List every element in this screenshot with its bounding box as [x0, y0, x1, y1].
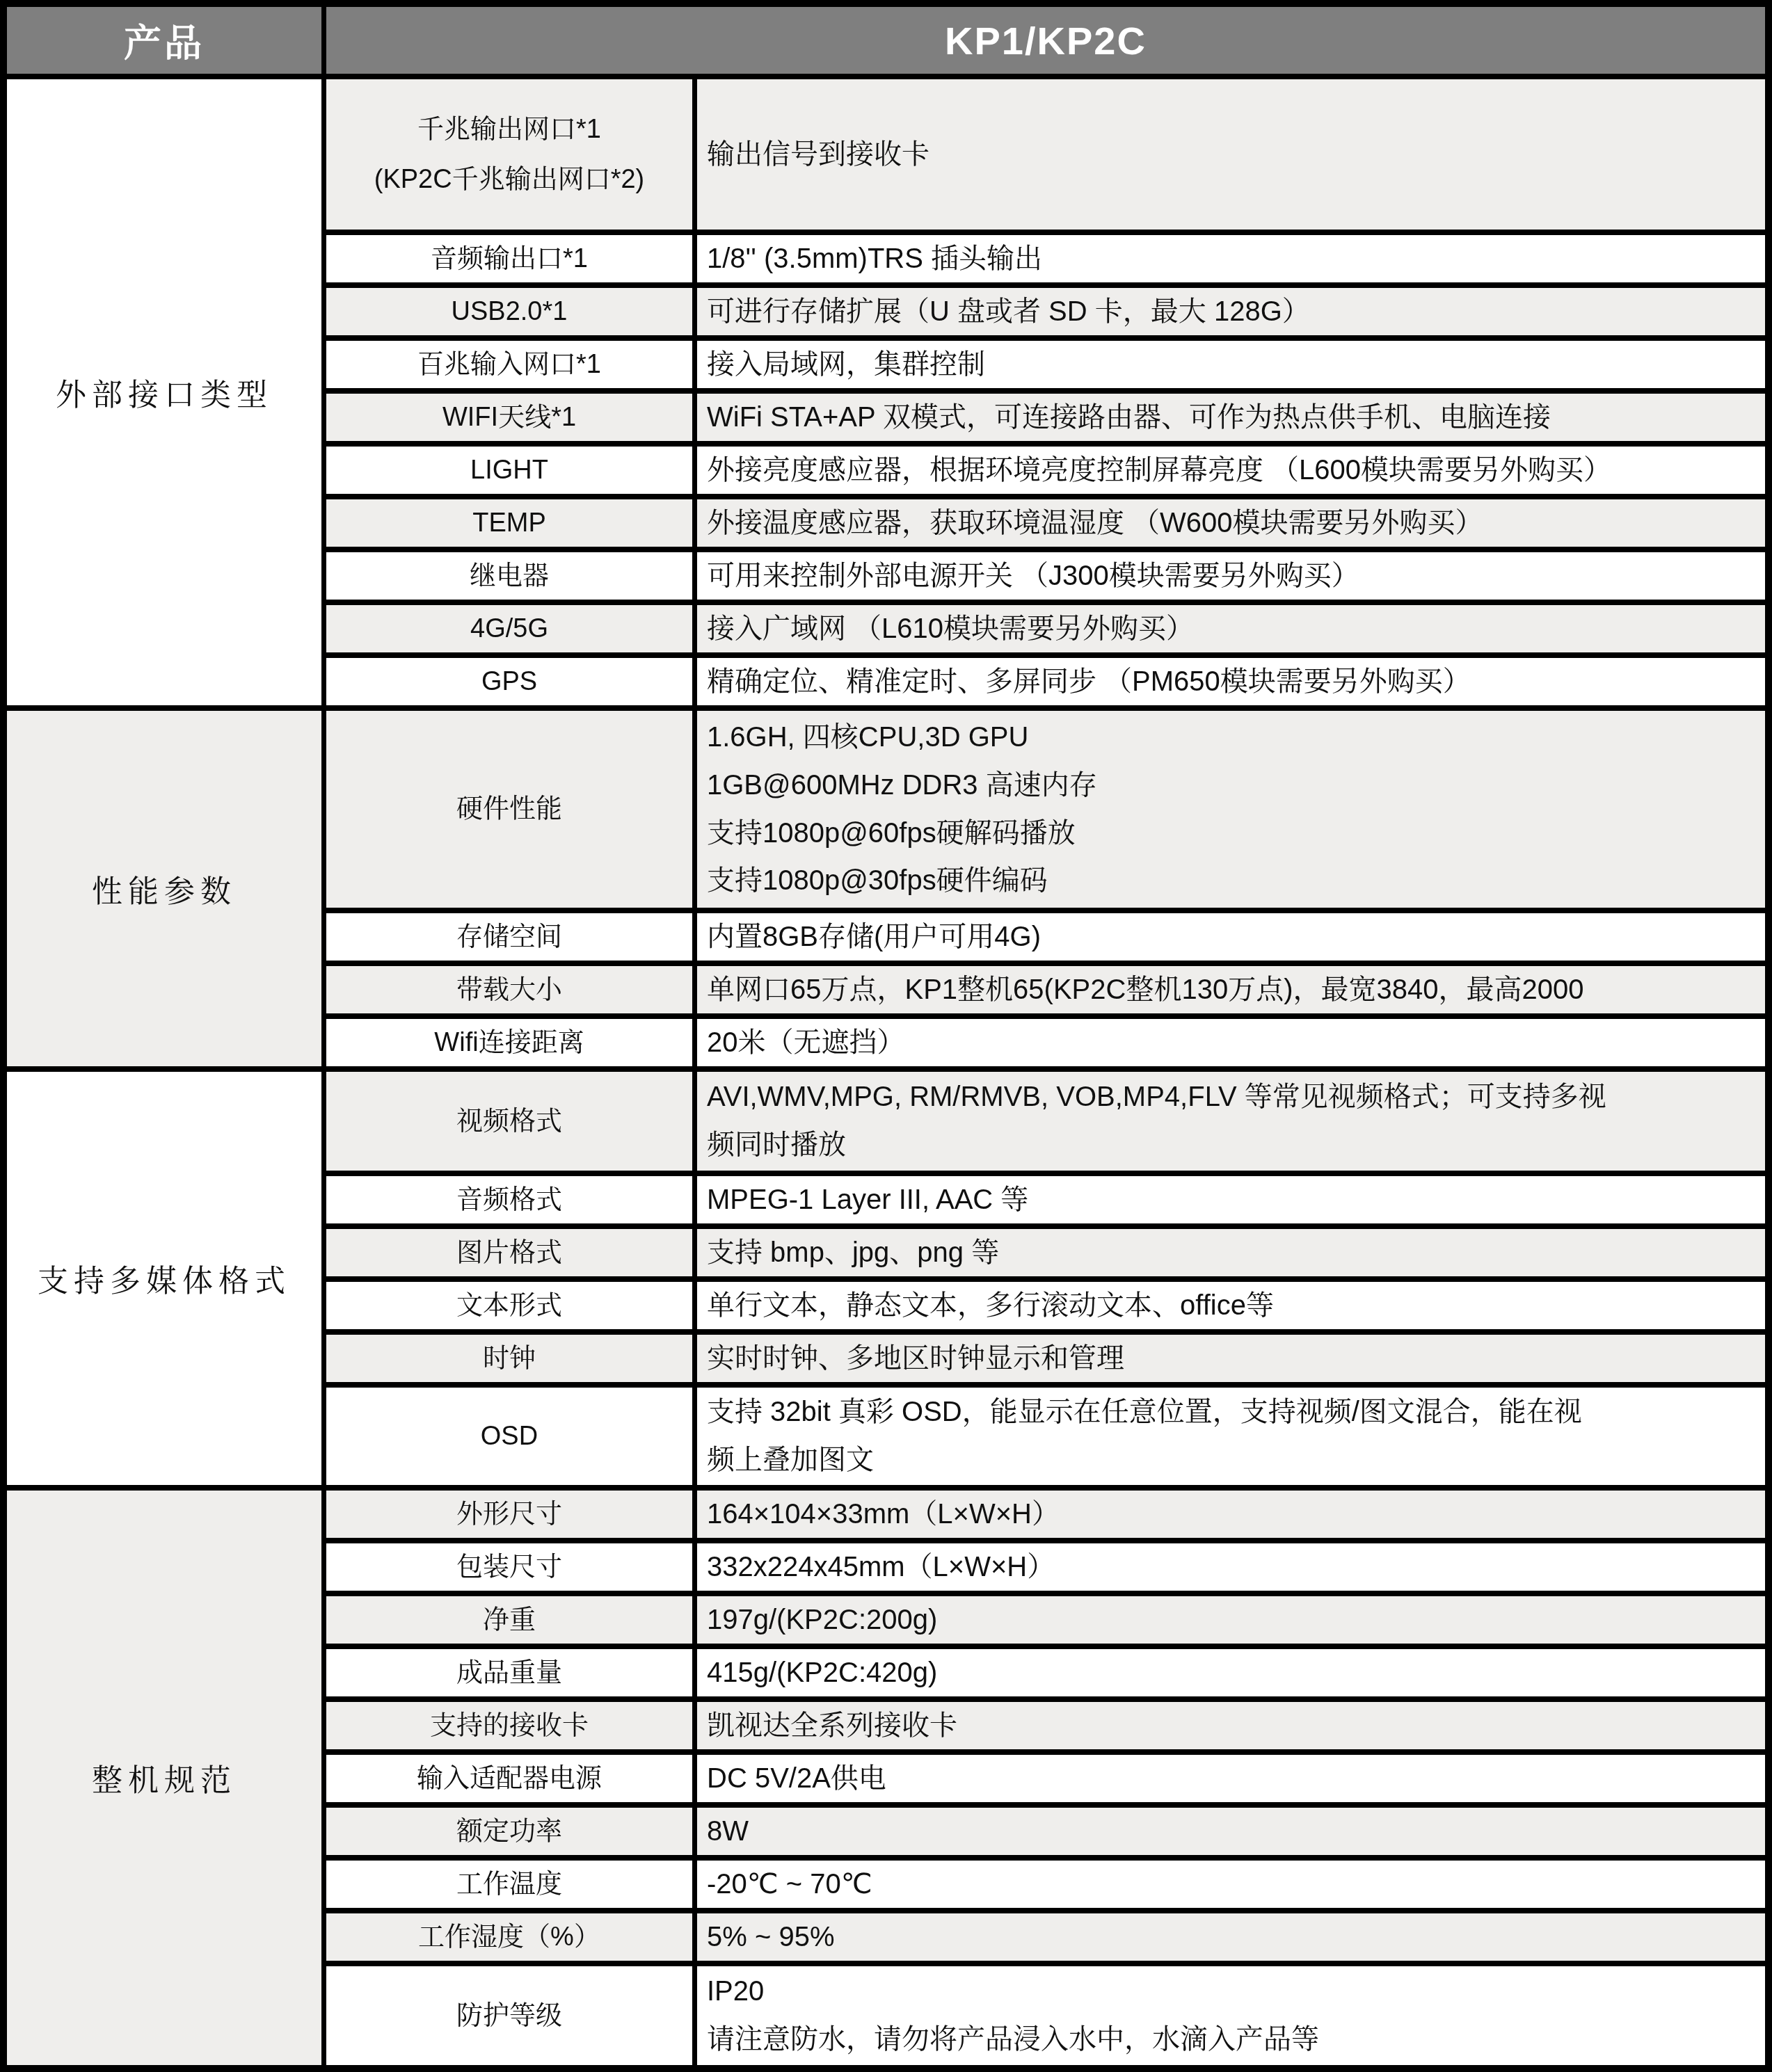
spec-table: 产品 KP1/KP2C 外部接口类型 性能参数 支持多媒体格式 整机规范 千兆输… [0, 0, 1772, 2072]
table-header-product-label: 产品 [124, 14, 205, 67]
spec-label: TEMP [326, 499, 692, 547]
spec-label: 时钟 [326, 1335, 692, 1382]
spec-label: 额定功率 [326, 1808, 692, 1855]
spec-label: 百兆输入网口*1 [326, 341, 692, 388]
spec-label: 千兆输出网口*1 (KP2C千兆输出网口*2) [326, 79, 692, 230]
spec-label: 存储空间 [326, 913, 692, 961]
spec-label: 4G/5G [326, 605, 692, 652]
spec-value: 凯视达全系列接收卡 [697, 1702, 1765, 1749]
spec-label: 防护等级 [326, 1966, 692, 2065]
spec-label: 成品重量 [326, 1649, 692, 1696]
spec-label: 包装尺寸 [326, 1543, 692, 1591]
category-performance: 性能参数 [7, 711, 321, 1066]
spec-value: 输出信号到接收卡 [697, 79, 1765, 230]
table-header-model: KP1/KP2C [326, 7, 1765, 74]
spec-label: 净重 [326, 1596, 692, 1644]
spec-value: 5% ~ 95% [697, 1913, 1765, 1961]
spec-label: 外形尺寸 [326, 1491, 692, 1538]
spec-label: OSD [326, 1388, 692, 1485]
spec-value: AVI,WMV,MPG, RM/RMVB, VOB,MP4,FLV 等常见视频格… [697, 1072, 1765, 1171]
spec-value: DC 5V/2A供电 [697, 1755, 1765, 1802]
spec-value: 实时时钟、多地区时钟显示和管理 [697, 1335, 1765, 1382]
spec-label: 音频输出口*1 [326, 235, 692, 282]
spec-value: 精确定位、精准定时、多屏同步 （PM650模块需要另外购买） [697, 658, 1765, 705]
spec-value: 支持 32bit 真彩 OSD，能显示在任意位置，支持视频/图文混合，能在视 频… [697, 1388, 1765, 1485]
spec-value: WiFi STA+AP 双模式，可连接路由器、可作为热点供手机、电脑连接 [697, 394, 1765, 441]
table-header-model-label: KP1/KP2C [945, 18, 1147, 63]
spec-label: 支持的接收卡 [326, 1702, 692, 1749]
spec-label: 带载大小 [326, 966, 692, 1013]
spec-label: LIGHT [326, 447, 692, 494]
spec-value: 197g/(KP2C:200g) [697, 1596, 1765, 1644]
spec-value: 20米（无遮挡） [697, 1019, 1765, 1066]
spec-value: 单网口65万点，KP1整机65(KP2C整机130万点)，最宽3840，最高20… [697, 966, 1765, 1013]
spec-label: WIFI天线*1 [326, 394, 692, 441]
spec-value: 可进行存储扩展（U 盘或者 SD 卡，最大 128G） [697, 288, 1765, 335]
spec-label: 文本形式 [326, 1282, 692, 1329]
category-exterior-interfaces: 外部接口类型 [7, 79, 321, 705]
spec-value: IP20 请注意防水，请勿将产品浸入水中，水滴入产品等 [697, 1966, 1765, 2065]
spec-label: 继电器 [326, 552, 692, 600]
spec-label: 工作湿度（%） [326, 1913, 692, 1961]
spec-label: 硬件性能 [326, 711, 692, 908]
spec-value: 415g/(KP2C:420g) [697, 1649, 1765, 1696]
spec-value: 8W [697, 1808, 1765, 1855]
spec-label: 视频格式 [326, 1072, 692, 1171]
spec-label: 输入适配器电源 [326, 1755, 692, 1802]
spec-value: 外接亮度感应器，根据环境亮度控制屏幕亮度 （L600模块需要另外购买） [697, 447, 1765, 494]
spec-value: 1.6GH, 四核CPU,3D GPU 1GB@600MHz DDR3 高速内存… [697, 711, 1765, 908]
spec-value: 164×104×33mm（L×W×H） [697, 1491, 1765, 1538]
spec-label: 图片格式 [326, 1229, 692, 1276]
spec-value: 332x224x45mm（L×W×H） [697, 1543, 1765, 1591]
spec-value: 单行文本，静态文本，多行滚动文本、office等 [697, 1282, 1765, 1329]
spec-label: 音频格式 [326, 1176, 692, 1223]
spec-value: 接入广域网 （L610模块需要另外购买） [697, 605, 1765, 652]
spec-value: 可用来控制外部电源开关 （J300模块需要另外购买） [697, 552, 1765, 600]
spec-value: 1/8'' (3.5mm)TRS 插头输出 [697, 235, 1765, 282]
spec-value: MPEG-1 Layer III, AAC 等 [697, 1176, 1765, 1223]
category-machine-spec: 整机规范 [7, 1491, 321, 2065]
spec-label: Wifi连接距离 [326, 1019, 692, 1066]
table-header-product: 产品 [7, 7, 321, 74]
spec-value: 外接温度感应器，获取环境温湿度 （W600模块需要另外购买） [697, 499, 1765, 547]
category-multimedia: 支持多媒体格式 [7, 1072, 321, 1485]
spec-value: 接入局域网，集群控制 [697, 341, 1765, 388]
spec-value: -20℃ ~ 70℃ [697, 1861, 1765, 1908]
spec-value: 支持 bmp、jpg、png 等 [697, 1229, 1765, 1276]
spec-value: 内置8GB存储(用户可用4G) [697, 913, 1765, 961]
spec-label: USB2.0*1 [326, 288, 692, 335]
spec-label: 工作温度 [326, 1861, 692, 1908]
spec-label: GPS [326, 658, 692, 705]
